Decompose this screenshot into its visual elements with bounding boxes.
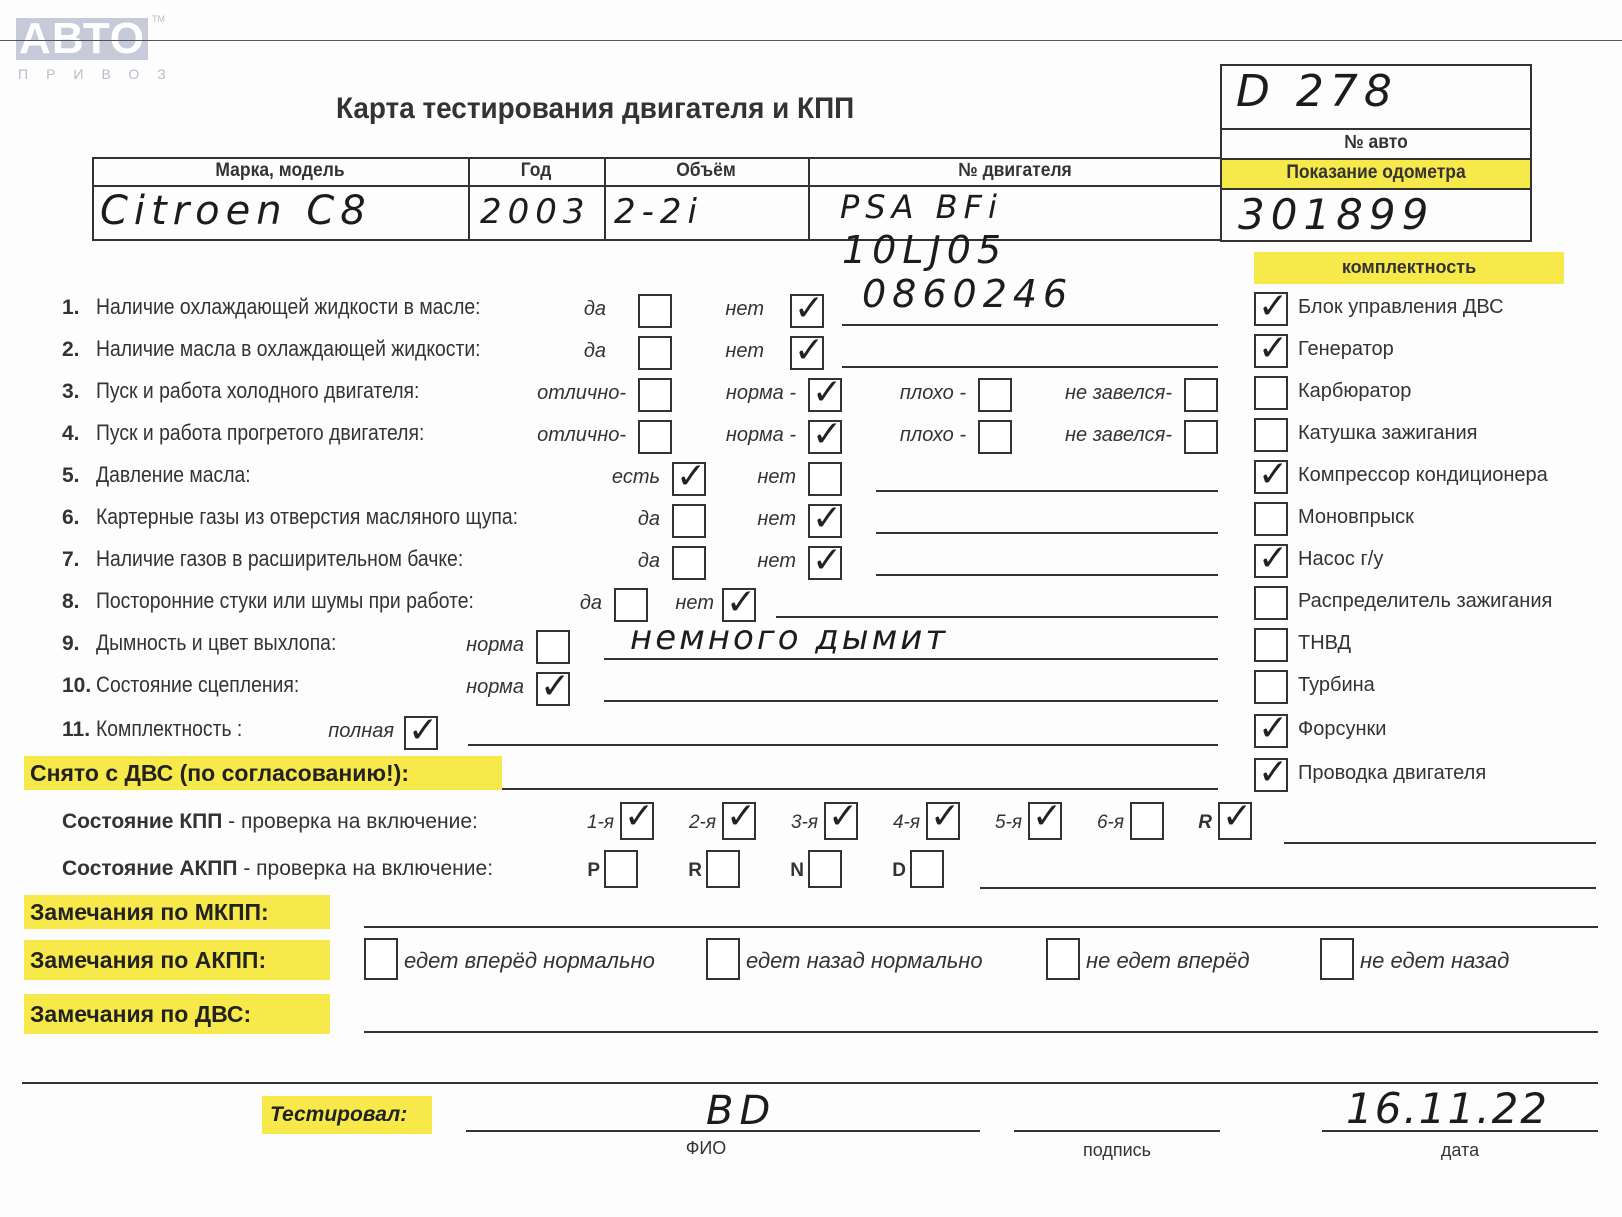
gear-checkbox[interactable] [620,802,654,840]
gear-checkbox[interactable] [824,802,858,840]
odometer-label: Показание одометра [1232,162,1519,184]
gear-label: 2-я [658,812,716,834]
completeness-checkbox[interactable] [1254,544,1288,578]
divider [468,157,470,241]
question-number: 6. [62,506,80,530]
dvs-remarks-line[interactable] [364,1031,1598,1033]
make-model-value[interactable]: Citroen C8 [100,188,372,234]
completeness-item-label: Катушка зажигания [1298,422,1478,445]
question-note-line[interactable] [876,490,1218,492]
col-header-year: Год [473,160,598,182]
mkpp-remarks-label: Замечания по МКПП: [24,895,330,929]
question-number: 4. [62,422,80,446]
gear-checkbox[interactable] [926,802,960,840]
completeness-item-label: Распределитель зажигания [1298,590,1552,613]
option-checkbox[interactable] [536,672,570,706]
question-note-line[interactable] [842,366,1218,368]
option-label: норма [328,634,528,657]
completeness-item-label: Карбюратор [1298,380,1411,403]
dvs-remarks-label: Замечания по ДВС: [24,994,330,1034]
auto-gearbox-label: Состояние АКПП - проверка на включение: [62,857,493,881]
odometer-value[interactable]: 301899 [1238,190,1434,239]
option-checkbox[interactable] [808,546,842,580]
question-text: Пуск и работа холодного двигателя: [96,378,419,404]
completeness-checkbox[interactable] [1254,670,1288,704]
removed-label: Снято с ДВС (по согласованию!): [24,756,502,790]
option-checkbox[interactable] [790,336,824,370]
option-checkbox[interactable] [1184,420,1218,454]
car-number-label: № авто [1232,132,1519,154]
brand-logo-sub: ПРИВОЗ [18,66,184,82]
question-text: Состояние сцепления: [96,672,299,698]
option-checkbox[interactable] [722,588,756,622]
question-number: 3. [62,380,80,404]
option-checkbox[interactable] [404,716,438,750]
question-note-line[interactable] [842,324,1218,326]
question-note-line[interactable] [604,700,1218,702]
completeness-title: комплектность [1254,257,1564,278]
option-checkbox[interactable] [536,630,570,664]
gear-checkbox[interactable] [722,802,756,840]
question-note-line[interactable] [876,532,1218,534]
auto-gearbox-label-rest: - проверка на включение: [238,857,494,880]
divider [1220,128,1532,130]
question-text: Пуск и работа прогретого двигателя: [96,420,424,446]
option-label: нет [600,550,800,573]
question-number: 9. [62,632,80,656]
completeness-checkbox[interactable] [1254,586,1288,620]
engine-no-line2[interactable]: 10LJ05 [842,228,1007,272]
completeness-checkbox[interactable] [1254,628,1288,662]
gear-checkbox[interactable] [1218,802,1252,840]
completeness-checkbox[interactable] [1254,418,1288,452]
question-text: Наличие газов в расширительном бачке: [96,546,463,572]
col-header-engine-no: № двигателя [825,160,1206,182]
completeness-checkbox[interactable] [1254,334,1288,368]
mkpp-remarks-line[interactable] [364,926,1598,928]
tester-name-value[interactable]: BD [706,1088,776,1134]
auto-gear-checkbox[interactable] [910,850,944,888]
question-number: 10. [62,674,91,698]
gear-label: 5-я [964,812,1022,834]
completeness-item-label: Проводка двигателя [1298,762,1486,785]
auto-gearbox-note-line[interactable] [980,887,1596,889]
akpp-remark-label: едет вперёд нормально [404,948,655,974]
option-checkbox[interactable] [790,294,824,328]
gear-checkbox[interactable] [1028,802,1062,840]
option-label: нет [600,466,800,489]
auto-gearbox-label-bold: Состояние АКПП [62,857,238,880]
completeness-item-label: Турбина [1298,674,1375,697]
completeness-item-label: Генератор [1298,338,1394,361]
option-checkbox[interactable] [808,504,842,538]
question-note-line[interactable] [604,658,1218,660]
divider [604,157,606,241]
completeness-item-label: Насос г/у [1298,548,1383,571]
akpp-remark-checkbox[interactable] [1046,938,1080,980]
completeness-item-label: Блок управления ДВС [1298,296,1504,319]
question-text: Давление масла: [96,462,251,488]
question-number: 11. [62,718,90,742]
akpp-remark-checkbox[interactable] [364,938,398,980]
option-label: нет [568,340,768,363]
akpp-remarks-label: Замечания по АКПП: [24,940,330,980]
question-number: 1. [62,296,80,320]
completeness-checkbox[interactable] [1254,460,1288,494]
trademark-mark: TM [152,14,165,24]
divider [92,185,1222,187]
option-label: не завелся- [976,424,1176,447]
auto-gear-label: D [870,860,906,882]
completeness-item-label: Компрессор кондиционера [1298,464,1548,487]
option-label: норма [328,676,528,699]
auto-gear-label: N [768,860,804,882]
col-header-volume: Объём [612,160,800,182]
gear-label: 1-я [556,812,614,834]
date-label: дата [1322,1140,1598,1161]
manual-gearbox-label-rest: - проверка на включение: [222,810,478,833]
question-note-value[interactable]: немного дымит [630,618,948,658]
year-value[interactable]: 2003 [480,192,591,232]
akpp-remark-label: не едет вперёд [1086,948,1250,974]
divider [808,157,810,241]
date-value[interactable]: 16.11.22 [1346,1084,1549,1133]
signature-label: подпись [1014,1140,1220,1161]
manual-gearbox-label: Состояние КПП - проверка на включение: [62,810,478,834]
question-number: 8. [62,590,80,614]
question-number: 2. [62,338,80,362]
auto-gear-checkbox[interactable] [706,850,740,888]
akpp-remark-label: едет назад нормально [746,948,983,974]
completeness-checkbox[interactable] [1254,714,1288,748]
top-divider [0,40,1622,41]
col-header-make: Марка, модель [107,160,453,182]
akpp-remark-checkbox[interactable] [706,938,740,980]
option-label: плохо - [770,424,970,447]
option-label: полная [198,720,398,743]
signature-line[interactable] [1014,1130,1220,1132]
auto-gear-checkbox[interactable] [808,850,842,888]
gear-label: R [1154,812,1212,834]
akpp-remark-label: не едет назад [1360,948,1509,974]
name-label: ФИО [466,1138,946,1159]
removed-input-line[interactable] [502,788,1218,790]
question-text: Дымность и цвет выхлопа: [96,630,336,656]
option-label: нет [518,592,718,615]
auto-gear-checkbox[interactable] [604,850,638,888]
completeness-checkbox[interactable] [1254,502,1288,536]
question-note-line[interactable] [876,574,1218,576]
akpp-remark-checkbox[interactable] [1320,938,1354,980]
brand-logo: АВТО [16,18,148,60]
gear-label: 3-я [760,812,818,834]
completeness-item-label: Моновпрыск [1298,506,1414,529]
page-title: Карта тестирования двигателя и КПП [336,92,854,126]
option-label: нет [600,508,800,531]
completeness-item-label: ТНВД [1298,632,1351,655]
manual-gearbox-note-line[interactable] [1284,842,1596,844]
auto-gear-label: R [666,860,702,882]
option-label: плохо - [770,382,970,405]
engine-no-value[interactable]: PSA BFi [840,188,1003,226]
question-number: 7. [62,548,80,572]
completeness-checkbox[interactable] [1254,376,1288,410]
car-number-value[interactable]: D 278 [1236,66,1398,117]
volume-value[interactable]: 2-2i [614,192,703,232]
completeness-checkbox[interactable] [1254,758,1288,792]
question-text: Картерные газы из отверстия масляного щу… [96,504,518,530]
option-checkbox[interactable] [808,462,842,496]
completeness-checkbox[interactable] [1254,292,1288,326]
question-note-line[interactable] [468,744,1218,746]
option-label: не завелся- [976,382,1176,405]
gear-label: 4-я [862,812,920,834]
auto-gear-label: P [564,860,600,882]
question-number: 5. [62,464,80,488]
option-checkbox[interactable] [1184,378,1218,412]
completeness-item-label: Форсунки [1298,718,1386,741]
gear-label: 6-я [1066,812,1124,834]
engine-no-line3[interactable]: 0860246 [862,272,1073,316]
manual-gearbox-label-bold: Состояние КПП [62,810,222,833]
option-label: нет [568,298,768,321]
tested-by-label: Тестировал: [270,1103,407,1127]
